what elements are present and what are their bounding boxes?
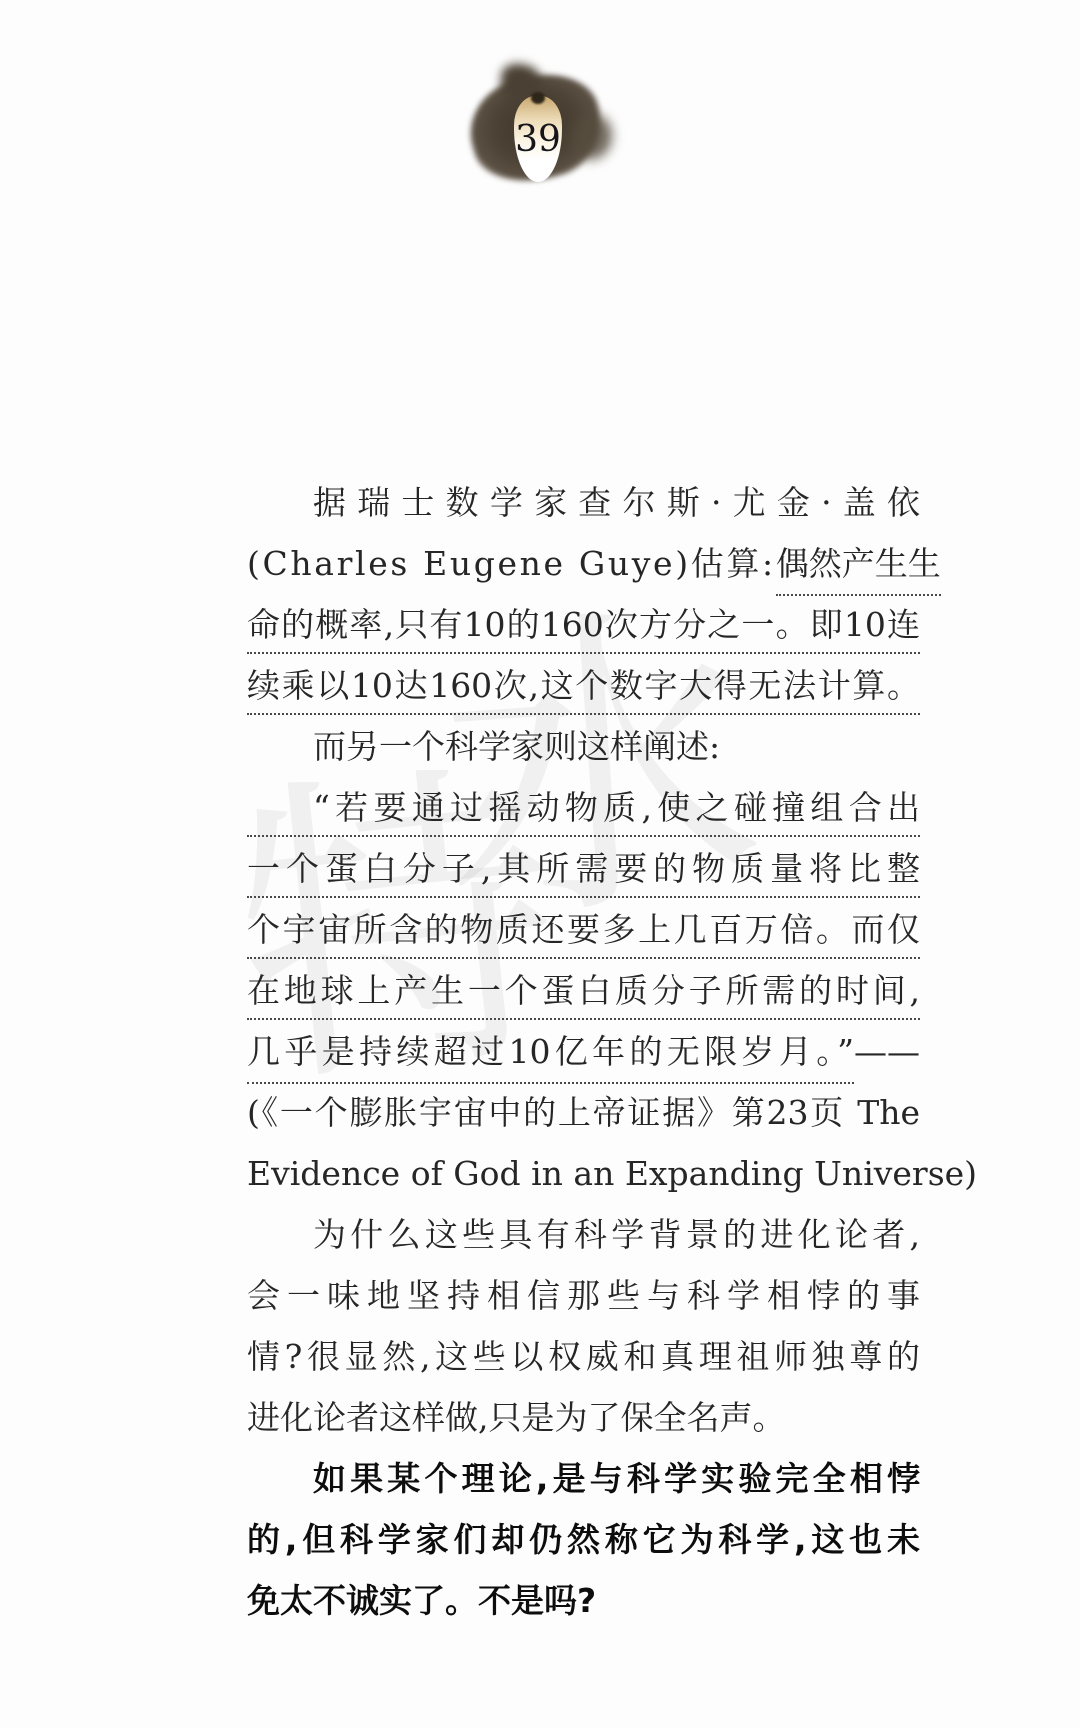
page-number: 39 <box>458 120 618 160</box>
text-segment: 如果某个理论,是与科学实验完全相悖 <box>313 1459 920 1498</box>
text-line: Evidence of God in an Expanding Universe… <box>247 1147 920 1208</box>
text-segment: 在地球上产生一个蛋白质分子所需的时间, <box>247 971 920 1010</box>
text-line: 据瑞士数学家查尔斯·尤金·盖依 <box>247 476 920 537</box>
text-line: 命的概率,只有10的160次方分之一。即10连 <box>247 598 920 659</box>
text-segment: 续乘以10达160次,这个数字大得无法计算。 <box>247 666 920 705</box>
text-segment: Evidence of God in an Expanding Universe… <box>247 1154 977 1193</box>
text-line: 一个蛋白分子,其所需要的物质量将比整 <box>247 842 920 903</box>
text-line: 个宇宙所含的物质还要多上几百万倍。而仅 <box>247 903 920 964</box>
text-segment: 为什么这些具有科学背景的进化论者, <box>313 1215 920 1254</box>
text-segment: 而另一个科学家则这样阐述: <box>313 727 720 766</box>
text-line: (Charles Eugene Guye)估算:偶然产生生 <box>247 537 920 598</box>
text-segment: 进化论者这样做,只是为了保全名声。 <box>247 1398 786 1437</box>
text-segment: 情?很显然,这些以权威和真理祖师独尊的 <box>247 1337 920 1376</box>
text-line: (《一个膨胀宇宙中的上帝证据》第23页 The <box>247 1086 920 1147</box>
book-page: 特 水 39 据瑞士数学家查尔斯·尤金·盖依(Charles Eugene Gu… <box>0 0 1080 1728</box>
text-line: 的,但科学家们却仍然称它为科学,这也未 <box>247 1513 920 1574</box>
underlined-text: 几乎是持续超过10亿年的无限岁月。” <box>247 1032 854 1084</box>
text-line: 如果某个理论,是与科学实验完全相悖 <box>247 1452 920 1513</box>
text-line: 会一味地坚持相信那些与科学相悖的事 <box>247 1269 920 1330</box>
text-line: 在地球上产生一个蛋白质分子所需的时间, <box>247 964 920 1025</box>
text-line: “若要通过摇动物质,使之碰撞组合出 <box>247 781 920 842</box>
text-segment: 一个蛋白分子,其所需要的物质量将比整 <box>247 849 920 888</box>
text-segment: (Charles Eugene Guye)估算: <box>247 544 776 583</box>
text-segment: 命的概率,只有10的160次方分之一。即10连 <box>247 605 920 644</box>
text-segment: 据瑞士数学家查尔斯·尤金·盖依 <box>313 483 920 522</box>
text-segment: 的,但科学家们却仍然称它为科学,这也未 <box>247 1520 920 1559</box>
text-segment: —— <box>854 1032 920 1071</box>
text-line: 而另一个科学家则这样阐述: <box>247 720 920 781</box>
text-line: 免太不诚实了。不是吗? <box>247 1574 920 1635</box>
text-segment: 个宇宙所含的物质还要多上几百万倍。而仅 <box>247 910 920 949</box>
text-line: 进化论者这样做,只是为了保全名声。 <box>247 1391 920 1452</box>
body-text: 据瑞士数学家查尔斯·尤金·盖依(Charles Eugene Guye)估算:偶… <box>247 476 920 1635</box>
text-line: 情?很显然,这些以权威和真理祖师独尊的 <box>247 1330 920 1391</box>
text-segment: 免太不诚实了。不是吗? <box>247 1581 596 1620</box>
text-line: 续乘以10达160次,这个数字大得无法计算。 <box>247 659 920 720</box>
text-segment: “若要通过摇动物质,使之碰撞组合出 <box>313 788 920 827</box>
text-segment: (《一个膨胀宇宙中的上帝证据》第23页 The <box>247 1093 920 1132</box>
page-number-ornament: 39 <box>458 68 618 194</box>
underlined-text: 偶然产生生 <box>776 544 941 596</box>
text-line: 为什么这些具有科学背景的进化论者, <box>247 1208 920 1269</box>
text-line: 几乎是持续超过10亿年的无限岁月。”—— <box>247 1025 920 1086</box>
text-segment: 会一味地坚持相信那些与科学相悖的事 <box>247 1276 920 1315</box>
